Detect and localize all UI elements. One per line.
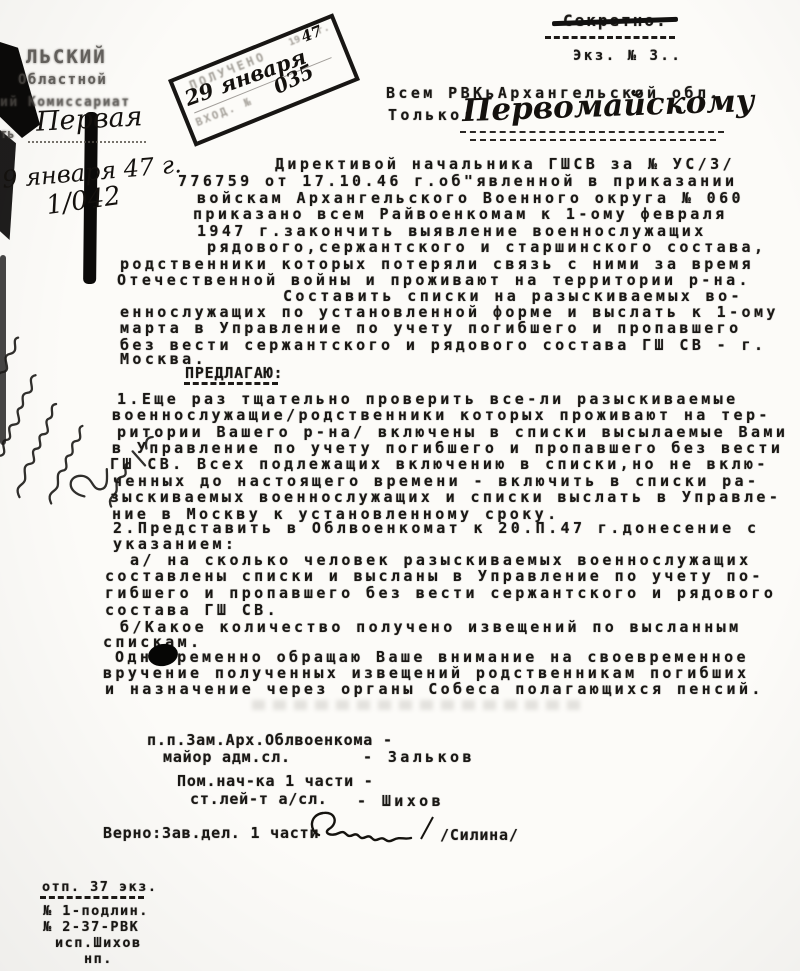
body-line: зыскиваемых военнослужащих и списки высл…	[110, 488, 781, 506]
body-line: марта в Управление по учету погибшего и …	[120, 319, 742, 337]
body-line: Директивой начальника ГШСВ за № УС/3/	[275, 155, 735, 173]
footer-copies: отп. 37 экз.	[42, 879, 158, 895]
footer-copy1: № 1-подлин.	[43, 903, 149, 919]
body-line: составлены списки и высланы в Управление…	[105, 567, 764, 585]
body-line: рядового,сержантского и старшинского сос…	[207, 238, 766, 256]
letterhead-line1: ЛЬСКИЙ	[26, 46, 107, 68]
letterhead-handwritten-part: Первая	[35, 101, 143, 138]
body-line: 776759 от 17.10.46 г.об"явленной в прика…	[178, 172, 737, 190]
verno-label: Верно:Зав.дел. 1 части	[103, 824, 319, 842]
incoming-stamp: ПОЛУЧЕНО 19 47 г. 29 января ВХОД. № 035	[168, 13, 360, 146]
verno-name: /Силина/	[440, 826, 519, 844]
signature-pom-line1: Пом.нач-ка 1 части -	[177, 772, 374, 790]
letterhead-dotted-line	[28, 141, 146, 143]
body-line: без вести сержантского и рядового состав…	[120, 336, 766, 354]
footer-executor: исп.Шихов	[55, 935, 142, 951]
body-line: б/Какое количество получено извещений по…	[120, 618, 742, 636]
signature-pp-line2: майор адм.сл.	[163, 748, 291, 766]
copy-number: Экз. № 3..	[573, 48, 682, 64]
address-underline-1	[460, 131, 724, 133]
body-line: приказано всем Райвоенкомам к 1-ому февр…	[193, 205, 728, 223]
silina-signature	[303, 805, 443, 853]
body-line: состава ГШ СВ.	[105, 601, 279, 619]
bleed-through-text	[252, 700, 582, 710]
footer-np: нп.	[84, 951, 113, 967]
footer-copy2: № 2-37-РВК	[43, 919, 139, 935]
letterhead-line4: ть	[0, 127, 14, 141]
footer-dashed-line	[40, 896, 144, 899]
stamp-year-suffix: г.	[316, 22, 331, 37]
signature-pp-name: - Зальков	[363, 748, 475, 766]
letterhead-line2: Областной	[18, 72, 107, 88]
address-underline-2	[470, 139, 716, 141]
secret-dashed-underline	[545, 36, 675, 39]
signature-pp-line1: п.п.Зам.Арх.Облвоенкома -	[147, 731, 393, 749]
body-line: военнослужащие/родственники которых прож…	[112, 406, 771, 424]
body-line: гибшего и пропавшего без вести сержантск…	[105, 584, 776, 602]
body-line: ГШ СВ. Всех подлежащих включению в списк…	[110, 455, 769, 473]
body-line: и назначение через органы Собеса полагаю…	[105, 680, 764, 698]
body-heading: ПРЕДЛАГАЮ:	[185, 364, 283, 382]
scanned-document: ЛЬСКИЙ Областной ий Комиссариат ть Перва…	[0, 0, 800, 971]
heading-dashed-underline	[184, 382, 278, 385]
